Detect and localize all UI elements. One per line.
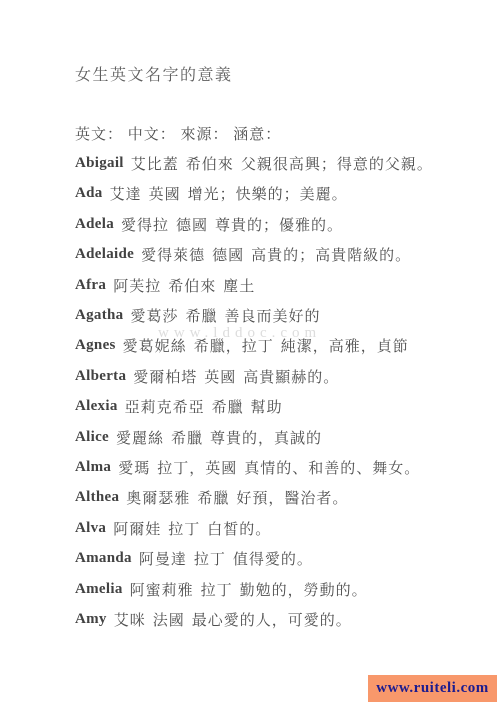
name-meaning: 高貴顯赫的。 [243,366,339,387]
name-entry-row: Alice 愛麗絲 希臘 尊貴的，真誠的 [75,422,480,452]
name-meaning: 真情的、和善的、舞女。 [244,457,420,478]
name-meaning: 尊貴的，真誠的 [210,427,322,448]
chinese-name: 愛得萊德 [141,244,205,265]
english-name: Alexia [75,398,118,415]
chinese-name: 艾咪 [114,609,146,630]
chinese-name: 阿蜜莉雅 [130,579,194,600]
name-origin: 法國 [153,609,185,630]
name-entry-row: Amy 艾咪 法國 最心愛的人，可愛的。 [75,604,480,634]
chinese-name: 艾達 [110,183,142,204]
chinese-name: 愛瑪 [118,457,150,478]
english-name: Amelia [75,581,123,598]
english-name: Agatha [75,307,123,324]
chinese-name: 艾比蓋 [131,153,179,174]
name-origin: 德國 [176,214,208,235]
name-origin: 希伯來 [168,275,216,296]
english-name: Althea [75,489,119,506]
name-list: 英文： 中文： 來源： 涵意： Abigail 艾比蓋 希伯來 父親很高興；得意… [75,118,480,635]
name-entry-row: Alexia 亞莉克希亞 希臘 幫助 [75,392,480,422]
name-meaning: 尊貴的；優雅的。 [215,214,343,235]
name-origin: 拉丁，英國 [157,457,237,478]
name-meaning: 幫助 [251,396,283,417]
name-entry-row: Amelia 阿蜜莉雅 拉丁 勤勉的，勞動的。 [75,574,480,604]
chinese-name: 奧爾瑟雅 [126,487,190,508]
name-origin: 希臘 [212,396,244,417]
chinese-name: 愛葛妮絲 [123,335,187,356]
document-page: www.lddoc.com 女生英文名字的意義 英文： 中文： 來源： 涵意： … [0,0,500,708]
name-entry-row: Alberta 愛爾柏塔 英國 高貴顯赫的。 [75,361,480,391]
column-header: 英文： 中文： 來源： 涵意： [75,118,480,148]
name-origin: 英國 [204,366,236,387]
chinese-name: 亞莉克希亞 [125,396,205,417]
name-entry-row: Abigail 艾比蓋 希伯來 父親很高興；得意的父親。 [75,148,480,178]
english-name: Ada [75,185,103,202]
english-name: Abigail [75,155,124,172]
name-origin: 德國 [212,244,244,265]
name-origin: 希臘 [186,305,218,326]
name-meaning: 勤勉的，勞動的。 [240,579,368,600]
name-entry-row: Afra 阿芙拉 希伯來 塵土 [75,270,480,300]
chinese-name: 愛爾柏塔 [133,366,197,387]
footer-url-badge: www.ruiteli.com [368,675,497,702]
name-origin: 希臘 [197,487,229,508]
name-origin: 希伯來 [186,153,234,174]
chinese-name: 阿爾娃 [113,518,161,539]
english-name: Alice [75,429,109,446]
name-meaning: 好預，醫治者。 [236,487,348,508]
name-entry-row: Adelaide 愛得萊德 德國 高貴的；高貴階級的。 [75,240,480,270]
english-name: Adela [75,216,114,233]
english-name: Alva [75,520,106,537]
name-entry-row: Alma 愛瑪 拉丁，英國 真情的、和善的、舞女。 [75,452,480,482]
name-origin: 拉丁 [201,579,233,600]
name-origin: 拉丁 [194,548,226,569]
name-origin: 希臘 [171,427,203,448]
name-meaning: 高貴的；高貴階級的。 [251,244,411,265]
name-entry-row: Ada 艾達 英國 增光；快樂的；美麗。 [75,179,480,209]
name-entry-row: Alva 阿爾娃 拉丁 白皙的。 [75,513,480,543]
chinese-name: 愛得拉 [121,214,169,235]
name-meaning: 純潔，高雅，貞節 [281,335,409,356]
chinese-name: 阿芙拉 [113,275,161,296]
name-entry-row: Adela 愛得拉 德國 尊貴的；優雅的。 [75,209,480,239]
name-meaning: 白皙的。 [207,518,271,539]
name-entry-row: Agnes 愛葛妮絲 希臘，拉丁 純潔，高雅，貞節 [75,331,480,361]
page-title: 女生英文名字的意義 [75,62,233,85]
chinese-name: 愛麗絲 [116,427,164,448]
name-meaning: 增光；快樂的；美麗。 [188,183,348,204]
name-meaning: 最心愛的人，可愛的。 [192,609,352,630]
chinese-name: 阿曼達 [139,548,187,569]
english-name: Amy [75,611,107,628]
english-name: Agnes [75,337,116,354]
name-origin: 拉丁 [168,518,200,539]
name-meaning: 塵土 [223,275,255,296]
chinese-name: 愛葛莎 [130,305,178,326]
name-meaning: 父親很高興；得意的父親。 [241,153,433,174]
name-origin: 英國 [149,183,181,204]
name-origin: 希臘，拉丁 [194,335,274,356]
name-entry-row: Althea 奧爾瑟雅 希臘 好預，醫治者。 [75,483,480,513]
english-name: Amanda [75,550,132,567]
english-name: Afra [75,277,106,294]
english-name: Alma [75,459,111,476]
english-name: Adelaide [75,246,134,263]
name-entry-row: Amanda 阿曼達 拉丁 值得愛的。 [75,543,480,573]
name-meaning: 值得愛的。 [233,548,313,569]
name-entry-row: Agatha 愛葛莎 希臘 善良而美好的 [75,300,480,330]
name-meaning: 善良而美好的 [225,305,321,326]
english-name: Alberta [75,368,126,385]
